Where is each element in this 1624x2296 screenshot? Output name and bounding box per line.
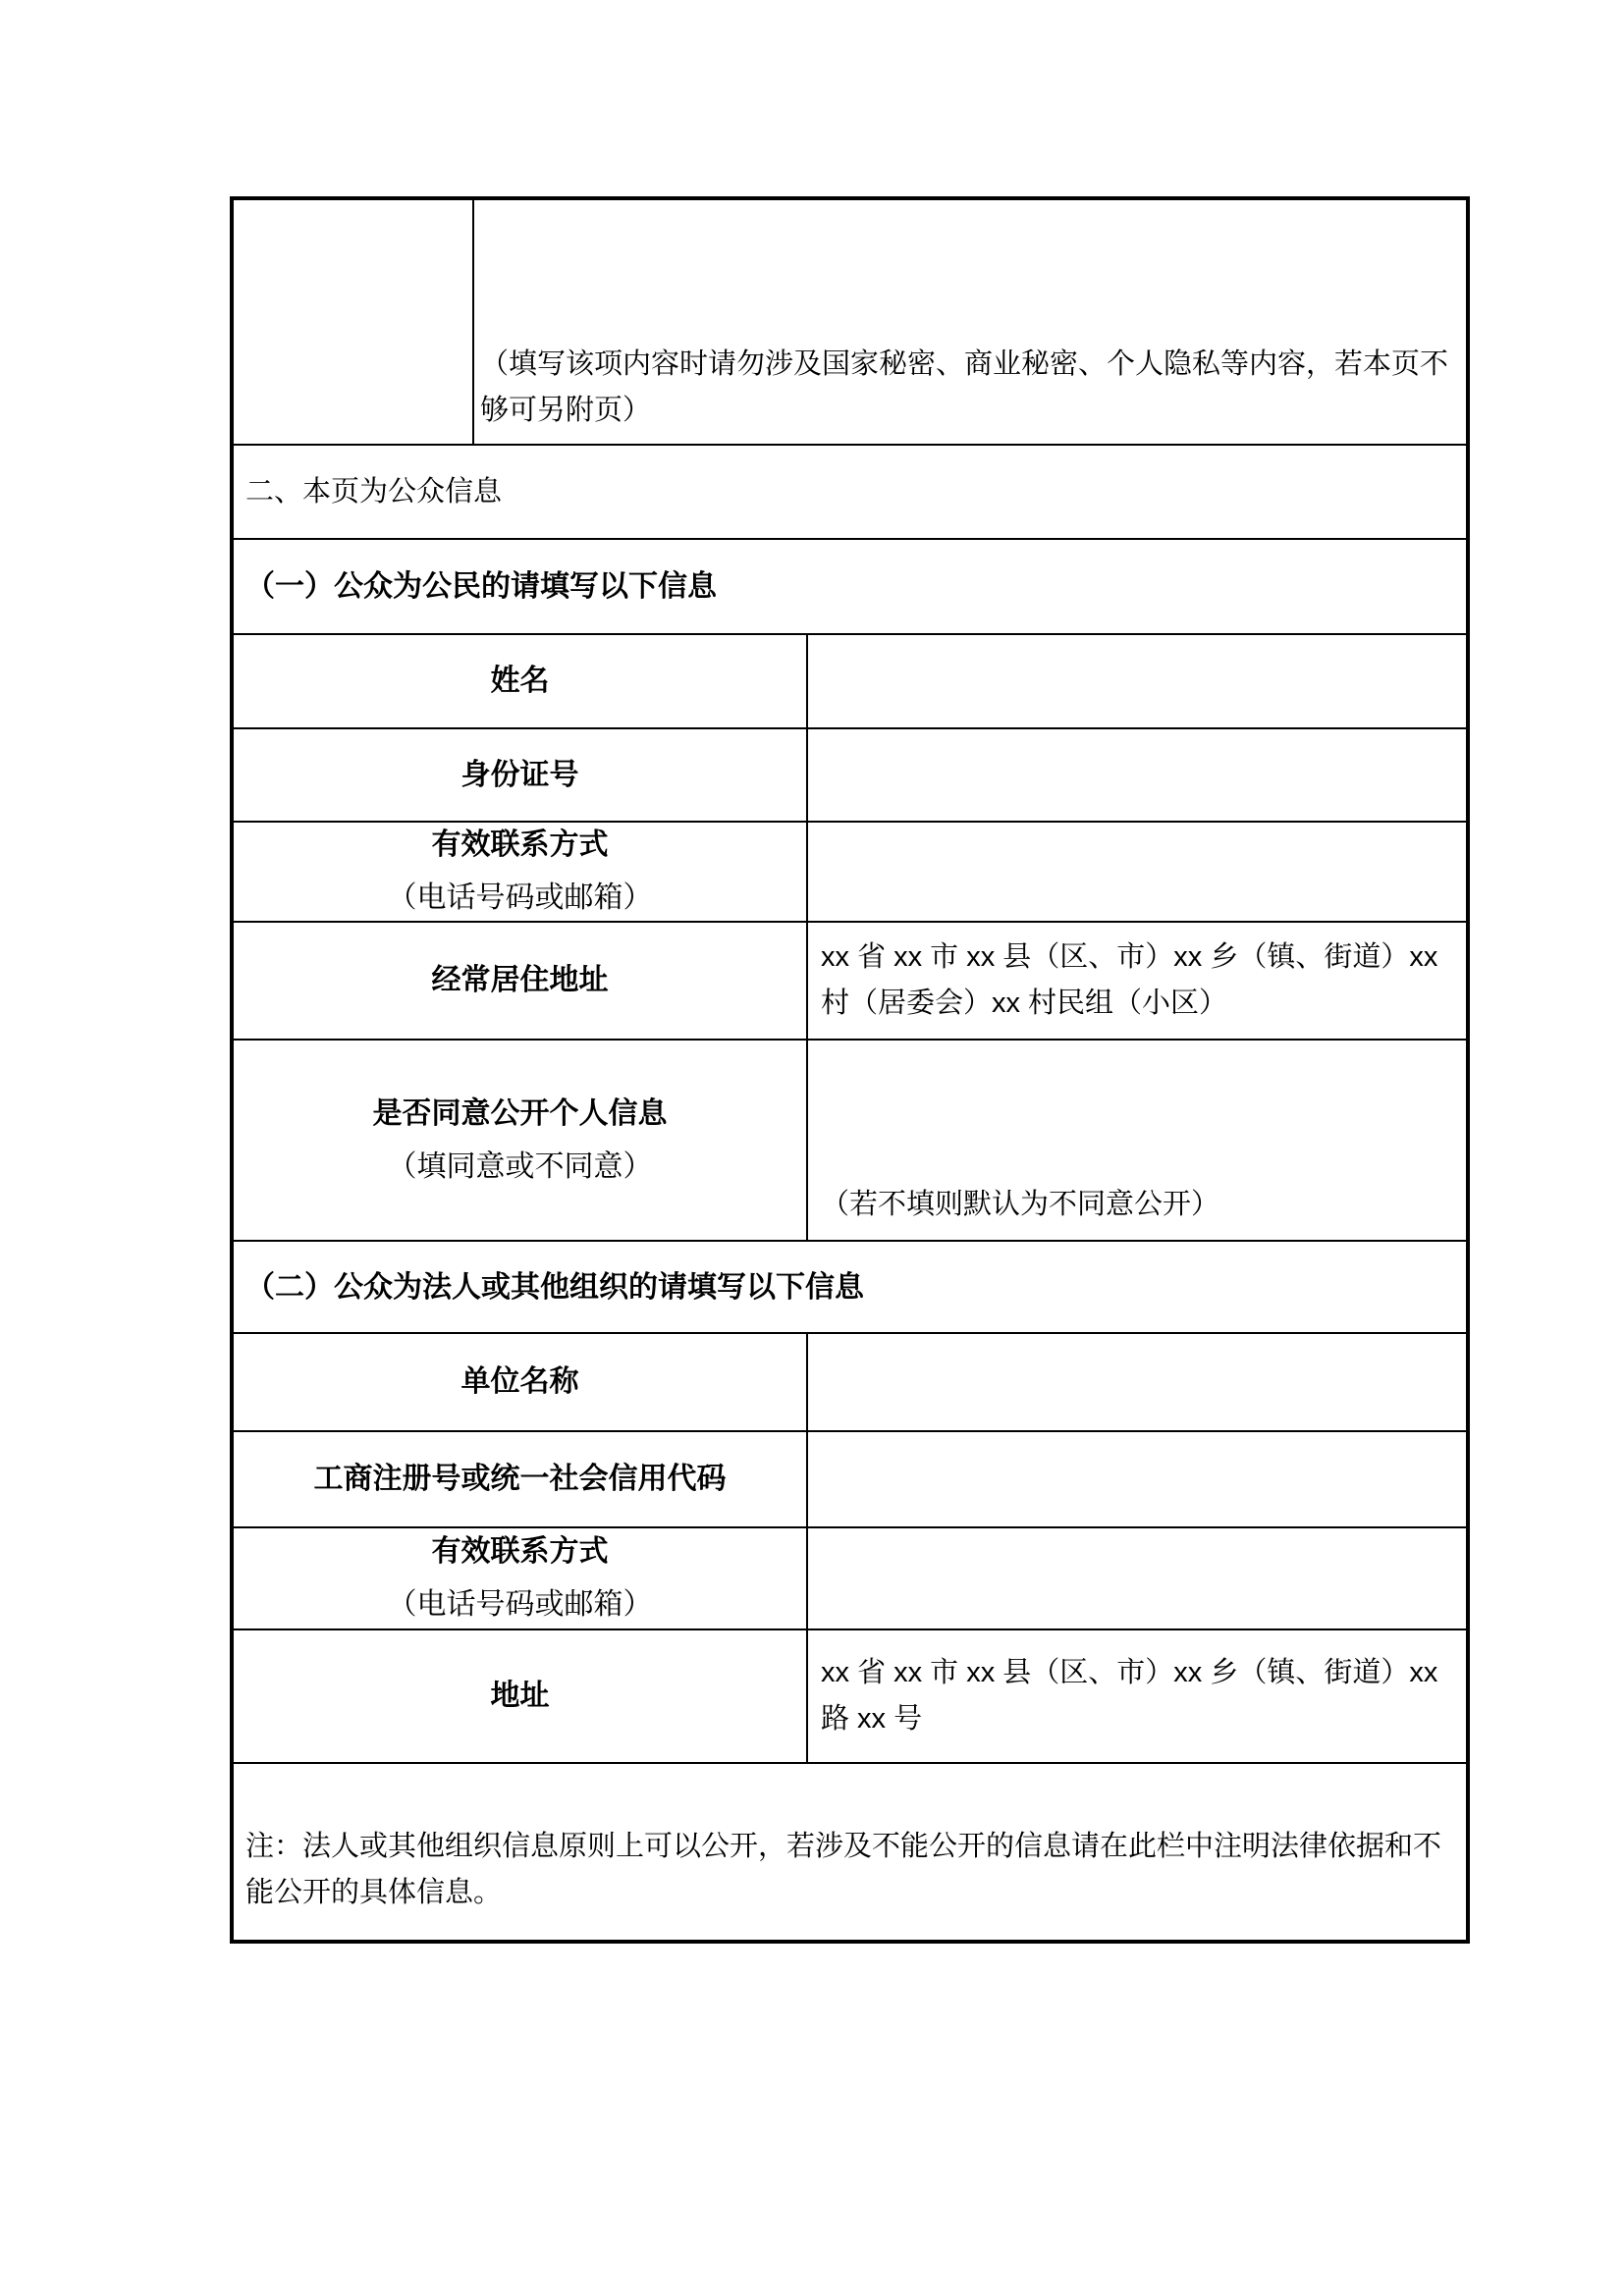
- part1-title: （一）公众为公民的请填写以下信息: [245, 563, 1450, 610]
- citizen-address-hint-line2: 村（居委会）xx 村民组（小区）: [821, 981, 1454, 1027]
- citizen-consent-row: 是否同意公开个人信息 （填同意或不同意） （若不填则默认为不同意公开）: [234, 1039, 1466, 1240]
- citizen-contact-label: 有效联系方式: [432, 822, 609, 869]
- footer-note-line2: 能公开的具体信息。: [245, 1870, 1450, 1916]
- citizen-consent-label-cell: 是否同意公开个人信息 （填同意或不同意）: [234, 1041, 808, 1240]
- org-address-label: 地址: [491, 1673, 550, 1720]
- org-address-label-cell: 地址: [234, 1630, 808, 1762]
- org-reg-label-cell: 工商注册号或统一社会信用代码: [234, 1432, 808, 1526]
- citizen-consent-input-cell[interactable]: （若不填则默认为不同意公开）: [808, 1041, 1466, 1240]
- org-name-row: 单位名称: [234, 1332, 1466, 1430]
- citizen-consent-sublabel: （填同意或不同意）: [388, 1144, 653, 1191]
- citizen-name-label: 姓名: [491, 658, 550, 705]
- citizen-consent-hint: （若不填则默认为不同意公开）: [821, 1182, 1454, 1228]
- part2-heading-cell: （二）公众为法人或其他组织的请填写以下信息: [234, 1242, 1466, 1332]
- org-name-label: 单位名称: [461, 1359, 579, 1406]
- section-title-cell: 二、本页为公众信息: [234, 446, 1466, 538]
- citizen-id-label-cell: 身份证号: [234, 729, 808, 821]
- org-address-hint-line2: 路 xx 号: [821, 1696, 1454, 1742]
- fill-note-line2: 够可另附页）: [480, 388, 1456, 434]
- citizen-id-input-cell[interactable]: [808, 729, 1466, 821]
- org-contact-input-cell[interactable]: [808, 1528, 1466, 1629]
- citizen-id-row: 身份证号: [234, 727, 1466, 821]
- citizen-contact-sublabel: （电话号码或邮箱）: [388, 875, 653, 922]
- section-title-row: 二、本页为公众信息: [234, 444, 1466, 538]
- citizen-address-input-cell[interactable]: xx 省 xx 市 xx 县（区、市）xx 乡（镇、街道）xx 村（居委会）xx…: [808, 923, 1466, 1039]
- carryover-row: （填写该项内容时请勿涉及国家秘密、商业秘密、个人隐私等内容，若本页不 够可另附页…: [234, 200, 1466, 444]
- part1-heading-cell: （一）公众为公民的请填写以下信息: [234, 540, 1466, 633]
- citizen-name-row: 姓名: [234, 633, 1466, 727]
- org-contact-sublabel: （电话号码或邮箱）: [388, 1581, 653, 1629]
- footer-note-line1: 注：法人或其他组织信息原则上可以公开，若涉及不能公开的信息请在此栏中注明法律依据…: [245, 1824, 1450, 1870]
- citizen-name-label-cell: 姓名: [234, 635, 808, 727]
- citizen-address-label: 经常居住地址: [432, 957, 609, 1004]
- org-contact-label-cell: 有效联系方式 （电话号码或邮箱）: [234, 1528, 808, 1629]
- citizen-address-row: 经常居住地址 xx 省 xx 市 xx 县（区、市）xx 乡（镇、街道）xx 村…: [234, 921, 1466, 1039]
- citizen-contact-row: 有效联系方式 （电话号码或邮箱）: [234, 821, 1466, 921]
- org-contact-label: 有效联系方式: [432, 1528, 609, 1575]
- org-contact-row: 有效联系方式 （电话号码或邮箱）: [234, 1526, 1466, 1629]
- org-address-row: 地址 xx 省 xx 市 xx 县（区、市）xx 乡（镇、街道）xx 路 xx …: [234, 1629, 1466, 1762]
- citizen-consent-label: 是否同意公开个人信息: [373, 1091, 668, 1138]
- footer-note-row: 注：法人或其他组织信息原则上可以公开，若涉及不能公开的信息请在此栏中注明法律依据…: [234, 1762, 1466, 1940]
- citizen-id-label: 身份证号: [461, 752, 579, 799]
- carryover-label-cell: [234, 200, 474, 444]
- org-reg-input-cell[interactable]: [808, 1432, 1466, 1526]
- citizen-address-label-cell: 经常居住地址: [234, 923, 808, 1039]
- org-name-label-cell: 单位名称: [234, 1334, 808, 1430]
- carryover-fill-area[interactable]: （填写该项内容时请勿涉及国家秘密、商业秘密、个人隐私等内容，若本页不 够可另附页…: [474, 200, 1466, 444]
- part1-heading-row: （一）公众为公民的请填写以下信息: [234, 538, 1466, 633]
- part2-heading-row: （二）公众为法人或其他组织的请填写以下信息: [234, 1240, 1466, 1332]
- org-address-input-cell[interactable]: xx 省 xx 市 xx 县（区、市）xx 乡（镇、街道）xx 路 xx 号: [808, 1630, 1466, 1762]
- footer-note-cell[interactable]: 注：法人或其他组织信息原则上可以公开，若涉及不能公开的信息请在此栏中注明法律依据…: [234, 1764, 1466, 1940]
- citizen-contact-label-cell: 有效联系方式 （电话号码或邮箱）: [234, 823, 808, 921]
- citizen-name-input-cell[interactable]: [808, 635, 1466, 727]
- part2-title: （二）公众为法人或其他组织的请填写以下信息: [245, 1264, 1450, 1310]
- org-reg-label: 工商注册号或统一社会信用代码: [314, 1456, 727, 1503]
- public-info-table: （填写该项内容时请勿涉及国家秘密、商业秘密、个人隐私等内容，若本页不 够可另附页…: [230, 196, 1470, 1944]
- citizen-contact-input-cell[interactable]: [808, 823, 1466, 921]
- org-address-hint-line1: xx 省 xx 市 xx 县（区、市）xx 乡（镇、街道）xx: [821, 1650, 1454, 1696]
- citizen-address-hint-line1: xx 省 xx 市 xx 县（区、市）xx 乡（镇、街道）xx: [821, 934, 1454, 981]
- form-page: （填写该项内容时请勿涉及国家秘密、商业秘密、个人隐私等内容，若本页不 够可另附页…: [0, 0, 1624, 2296]
- org-reg-row: 工商注册号或统一社会信用代码: [234, 1430, 1466, 1526]
- section-title: 二、本页为公众信息: [245, 469, 1450, 515]
- fill-note-line1: （填写该项内容时请勿涉及国家秘密、商业秘密、个人隐私等内容，若本页不: [480, 342, 1456, 388]
- org-name-input-cell[interactable]: [808, 1334, 1466, 1430]
